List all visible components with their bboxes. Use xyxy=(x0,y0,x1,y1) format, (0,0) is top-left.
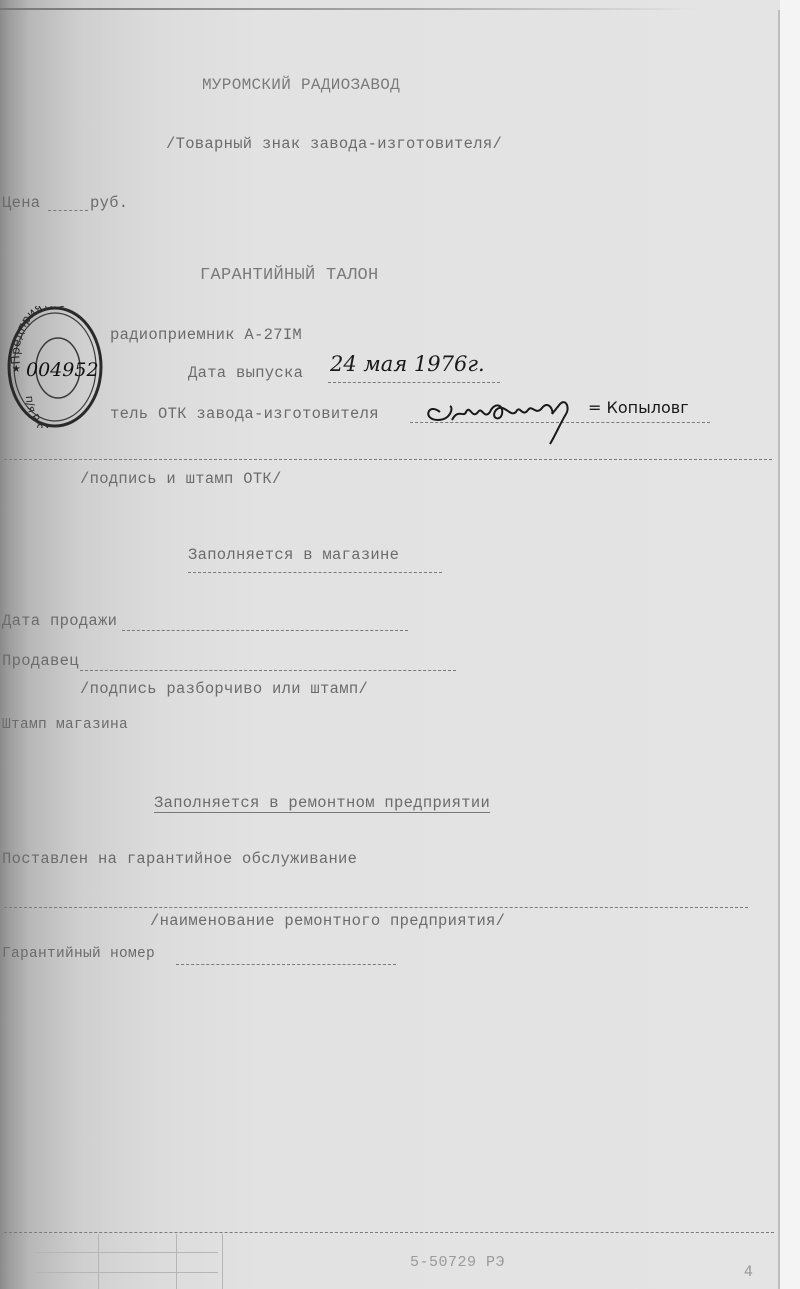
document-title: ГАРАНТИЙНЫЙ ТАЛОН xyxy=(200,266,379,285)
star-icon: ★ xyxy=(12,361,21,377)
footer-grid-line xyxy=(98,1234,99,1289)
otk-divider-line xyxy=(4,459,772,460)
shop-section-heading: Заполняется в магазине xyxy=(188,546,399,564)
form-code: 5-50729 РЭ xyxy=(410,1254,505,1271)
seller-caption: /подпись разборчиво или штамп/ xyxy=(80,680,368,698)
release-date-value: 24 мая 1976г. xyxy=(330,352,485,376)
seller-field[interactable] xyxy=(80,670,456,671)
warranty-number-label: Гарантийный номер xyxy=(2,946,155,962)
shop-stamp-label: Штамп магазина xyxy=(2,717,128,733)
warranty-number-field[interactable] xyxy=(176,964,396,965)
otk-stamp: Предприятие п/я Р-6149 ★ 004952 xyxy=(6,306,104,428)
repair-enterprise-caption: /наименование ремонтного предприятия/ xyxy=(150,912,505,930)
otk-signature-text: Копылов xyxy=(607,398,681,417)
release-date-label: Дата выпуска xyxy=(188,364,303,382)
repair-enterprise-field[interactable] xyxy=(4,907,748,908)
otk-signature-scribble xyxy=(420,390,600,446)
price-unit: руб. xyxy=(90,194,128,212)
page-number: 4 xyxy=(744,1264,753,1280)
seller-label: Продавец xyxy=(2,652,79,670)
otk-caption: /подпись и штамп ОТК/ xyxy=(80,470,282,488)
product-line: радиоприемник А-27ІМ xyxy=(110,326,302,344)
stamp-bottom-text: п/я Р-6149 xyxy=(23,395,61,428)
release-date-line xyxy=(328,382,500,383)
svg-text:п/я Р-6149: п/я Р-6149 xyxy=(23,395,61,428)
factory-name: МУРОМСКИЙ РАДИОЗАВОД xyxy=(202,76,400,94)
registered-label: Поставлен на гарантийное обслуживание xyxy=(2,850,357,868)
stamp-number: 004952 xyxy=(26,359,99,381)
trademark-caption: /Товарный знак завода-изготовителя/ xyxy=(166,135,502,153)
sale-date-field[interactable] xyxy=(122,630,408,631)
shop-heading-underline xyxy=(188,572,442,573)
price-field-line[interactable] xyxy=(48,210,88,211)
otk-representative-label: тель ОТК завода-изготовителя xyxy=(110,405,379,423)
footer-grid-line xyxy=(36,1252,218,1253)
footer-divider-line xyxy=(4,1232,774,1233)
warranty-card-page: МУРОМСКИЙ РАДИОЗАВОД /Товарный знак заво… xyxy=(0,0,800,1289)
footer-grid-line xyxy=(176,1234,177,1289)
page-edge xyxy=(780,0,800,1289)
repair-section-heading: Заполняется в ремонтном предприятии xyxy=(154,794,490,812)
footer-grid-line xyxy=(222,1234,223,1289)
otk-signature-name: = Копыловг xyxy=(588,398,689,417)
footer-grid-line xyxy=(36,1272,218,1273)
sale-date-label: Дата продажи xyxy=(2,612,117,630)
price-label: Цена xyxy=(2,194,40,212)
